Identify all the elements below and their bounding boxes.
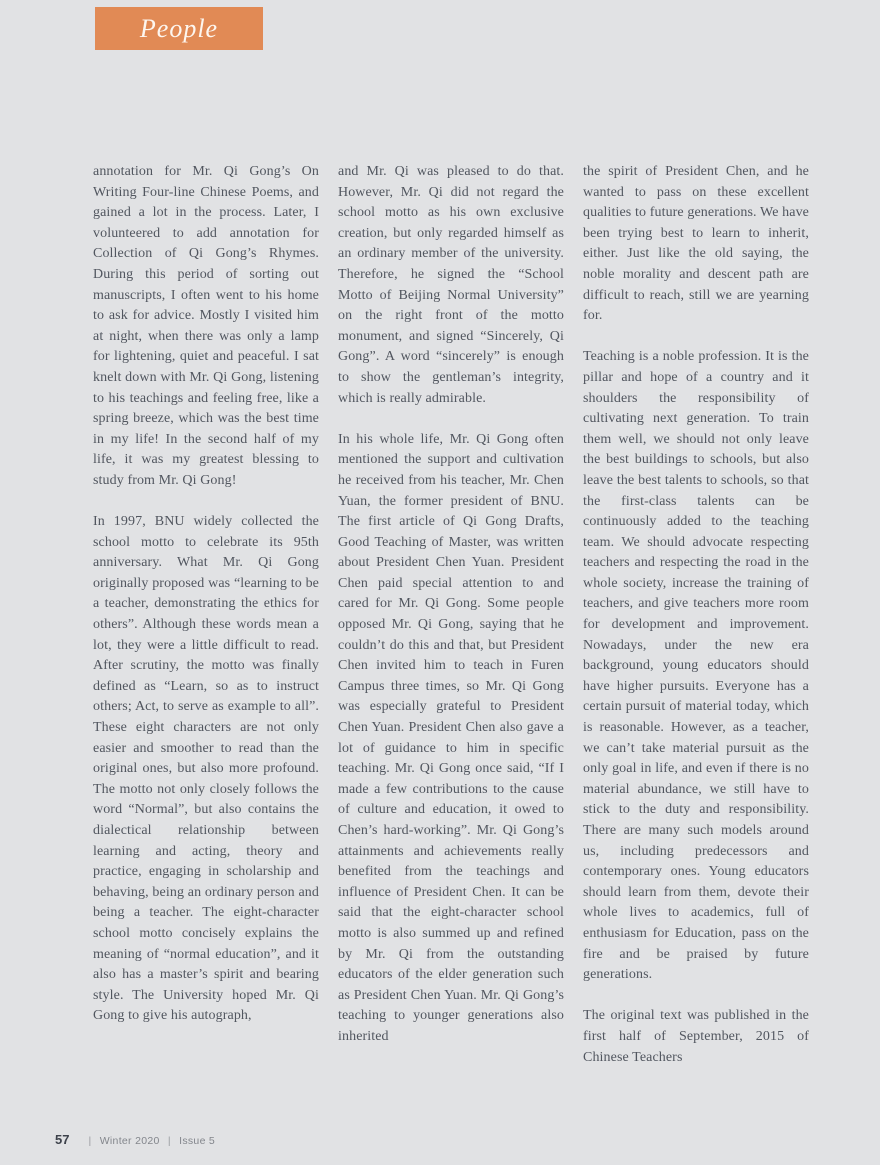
page-number: 57 <box>55 1132 69 1147</box>
paragraph: and Mr. Qi was pleased to do that. Howev… <box>338 162 564 409</box>
paragraph: annotation for Mr. Qi Gong’s On Writing … <box>93 162 319 492</box>
paragraph: the spirit of President Chen, and he wan… <box>583 162 809 327</box>
text-column-1: annotation for Mr. Qi Gong’s On Writing … <box>93 162 319 1068</box>
footer-issue: Issue 5 <box>179 1135 215 1147</box>
page-footer: 57 | Winter 2020 | Issue 5 <box>55 1132 215 1147</box>
text-column-3: the spirit of President Chen, and he wan… <box>583 162 809 1068</box>
paragraph: In 1997, BNU widely collected the school… <box>93 512 319 1027</box>
footer-season: Winter 2020 <box>100 1135 160 1147</box>
paragraph: In his whole life, Mr. Qi Gong often men… <box>338 430 564 1048</box>
article-body: annotation for Mr. Qi Gong’s On Writing … <box>93 162 808 1068</box>
issue-info: | Winter 2020 | Issue 5 <box>83 1135 215 1147</box>
magazine-page: People annotation for Mr. Qi Gong’s On W… <box>0 0 880 1165</box>
paragraph: Teaching is a noble profession. It is th… <box>583 347 809 985</box>
text-column-2: and Mr. Qi was pleased to do that. Howev… <box>338 162 564 1068</box>
section-tab-people: People <box>95 7 263 50</box>
footer-separator: | <box>168 1135 171 1147</box>
footer-separator: | <box>88 1135 91 1147</box>
paragraph-source-note: The original text was published in the f… <box>583 1006 809 1068</box>
section-label: People <box>140 14 218 44</box>
